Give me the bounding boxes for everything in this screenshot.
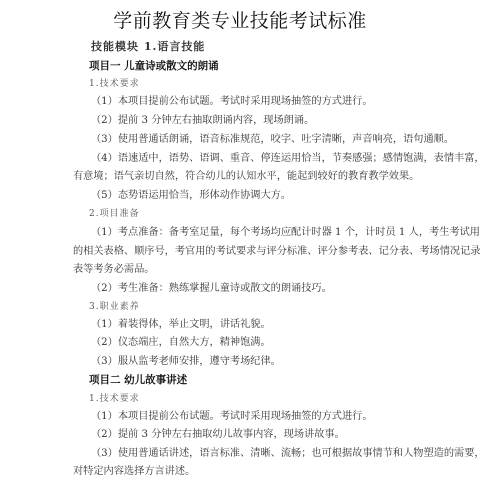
paragraph: （5）态势语运用恰当，形体动作协调大方。 [91, 190, 291, 202]
paragraph: （1）本项目提前公布试题。考试时采用现场抽签的方式进行。 [91, 96, 373, 108]
document-title: 学前教育类专业技能考试标准 [0, 6, 480, 33]
module-heading: 技能模块 1.语言技能 [91, 41, 205, 53]
paragraph: （1）本项目提前公布试题。考试时采用现场抽签的方式进行。 [91, 411, 373, 423]
paragraph: （2）提前 3 分钟左右抽取幼儿故事内容，现场讲故事。 [91, 429, 345, 441]
paragraph: （2）考生准备：熟练掌握儿童诗或散文的朗诵技巧。 [91, 283, 332, 295]
paragraph: （2）仪态端庄，自然大方，精神饱满。 [91, 337, 271, 349]
paragraph: （3）使用普通话朗诵，语音标准规范，咬字、吐字清晰，声音响亮，语句通顺。 [91, 134, 454, 146]
paragraph: （2）提前 3 分钟左右抽取朗诵内容，现场朗诵。 [91, 115, 314, 127]
paragraph: （3）服从监考老师安排，遵守考场纪律。 [91, 356, 281, 368]
paragraph: （1）着装得体，举止文明，讲话礼貌。 [91, 319, 271, 331]
project1-section1-heading: 1.技术要求 [89, 78, 140, 90]
project1-heading: 项目一 儿童诗或散文的朗诵 [89, 60, 219, 72]
paragraph: （4）语速适中，语势、语调、重音、停连运用恰当，节奏感强；感情饱满，表情丰富， [91, 153, 480, 165]
paragraph-continuation: 表等考务必需品。 [73, 264, 155, 276]
paragraph-continuation: 对特定内容选择方言讲述。 [73, 466, 195, 478]
paragraph-continuation: 有意境；语气亲切自然，符合幼儿的认知水平，能起到较好的教育教学效果。 [73, 171, 419, 183]
paragraph: （3）使用普通话讲述，语言标准、清晰、流畅；也可根据故事情节和人物塑造的需要， [91, 448, 480, 460]
project2-heading: 项目二 幼儿故事讲述 [89, 374, 187, 386]
paragraph: （1）考点准备：备考室足量，每个考场均应配计时器 1 个，计时员 1 人，考生考… [91, 227, 480, 239]
paragraph-continuation: 的相关表格、顺序号，考官用的考试要求与评分标准、评分参考表、记分表、考场情况记录 [73, 246, 480, 258]
project1-section3-heading: 3.职业素养 [89, 301, 140, 313]
project1-section2-heading: 2.项目准备 [89, 208, 140, 220]
project2-section1-heading: 1.技术要求 [89, 393, 140, 405]
